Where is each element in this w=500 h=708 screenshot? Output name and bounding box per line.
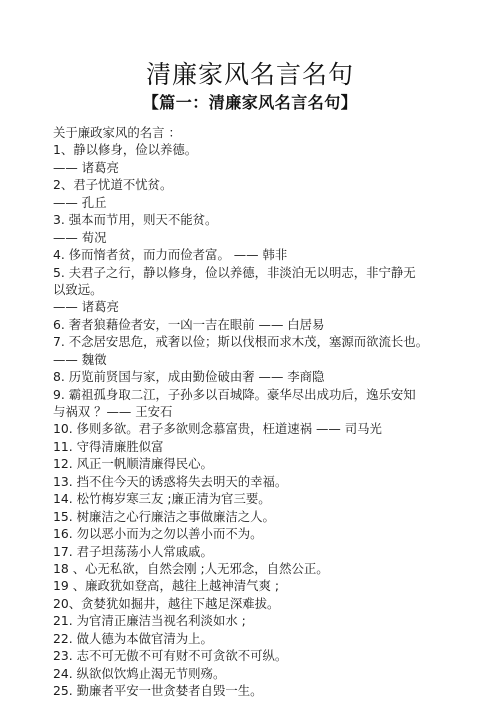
quote-line: 17. 君子坦荡荡小人常戚戚。 (53, 543, 473, 560)
quote-line: 21. 为官清正廉洁当视名利淡如水 ; (53, 612, 473, 629)
quote-line: 11. 守得清廉胜似富 (53, 438, 473, 455)
document-title: 清廉家风名言名句 (0, 60, 500, 90)
quote-line: 14. 松竹梅岁寒三友 ;廉正清为官三要。 (53, 490, 473, 507)
attribution-line: —— 诸葛亮 (53, 159, 473, 176)
quote-line: 15. 树廉洁之心行廉洁之事做廉洁之人。 (53, 508, 473, 525)
document-page: 清廉家风名言名句 【篇一：清廉家风名言名句】 关于廉政家风的名言 ： 1、静以修… (0, 0, 500, 708)
attribution-line: —— 荀况 (53, 229, 473, 246)
quote-line: 4. 侈而惰者贫，而力而俭者富。 —— 韩非 (53, 246, 473, 263)
quote-line: 22. 做人德为本做官清为上。 (53, 630, 473, 647)
quote-line: 2、君子忧道不忧贫。 (53, 176, 473, 193)
quote-line: 10. 侈则多欲。君子多欲则念慕富贵，枉道速祸 —— 司马光 (53, 420, 473, 437)
quote-line: 12. 风正一帆顺清廉得民心。 (53, 455, 473, 472)
quote-line: 25. 勤廉者平安一世贪婪者自毁一生。 (53, 682, 473, 699)
quote-line: 20、贪婪犹如掘井，越往下越足深难拔。 (53, 595, 473, 612)
attribution-line: —— 诸葛亮 (53, 298, 473, 315)
quote-line: 7. 不念居安思危，戒奢以俭；斯以伐根而求木茂，塞源而欲流长也。 (53, 333, 473, 350)
attribution-line: —— 魏徵 (53, 351, 473, 368)
quote-line: 5. 夫君子之行，静以修身，俭以养德，非淡泊无以明志，非宁静无 (53, 264, 473, 281)
quote-line: 24. 纵欲似饮鸩止渴无节则殇。 (53, 665, 473, 682)
quote-line: 8. 历览前贤国与家，成由勤俭破由奢 —— 李商隐 (53, 368, 473, 385)
quote-line: 23. 志不可无傲不可有财不可贪欲不可纵。 (53, 647, 473, 664)
quote-line: 18 、心无私欲，自然会刚 ;人无邪念，自然公正。 (53, 560, 473, 577)
quote-line: 9. 霸祖孤身取二江，子孙多以百城降。豪华尽出成功后，逸乐安知 (53, 386, 473, 403)
quote-line: 6. 奢者狼藉俭者安，一凶一吉在眼前 —— 白居易 (53, 316, 473, 333)
quote-line: 16. 勿以恶小而为之勿以善小而不为。 (53, 525, 473, 542)
document-subtitle: 【篇一：清廉家风名言名句】 (0, 93, 500, 113)
attribution-line: —— 孔丘 (53, 194, 473, 211)
quote-line: 13. 挡不住今天的诱惑将失去明天的幸福。 (53, 473, 473, 490)
intro-line: 关于廉政家风的名言 ： (53, 124, 473, 141)
quote-line: 1、静以修身，俭以养德。 (53, 141, 473, 158)
quote-line-continuation: 以致远。 (53, 281, 473, 298)
quote-line: 3. 强本而节用，则天不能贫。 (53, 211, 473, 228)
quote-line: 19 、廉政犹如登高，越往上越神清气爽 ; (53, 577, 473, 594)
document-body: 关于廉政家风的名言 ： 1、静以修身，俭以养德。 —— 诸葛亮 2、君子忧道不忧… (53, 124, 473, 699)
quote-line-continuation: 与祸双 ？—— 王安石 (53, 403, 473, 420)
